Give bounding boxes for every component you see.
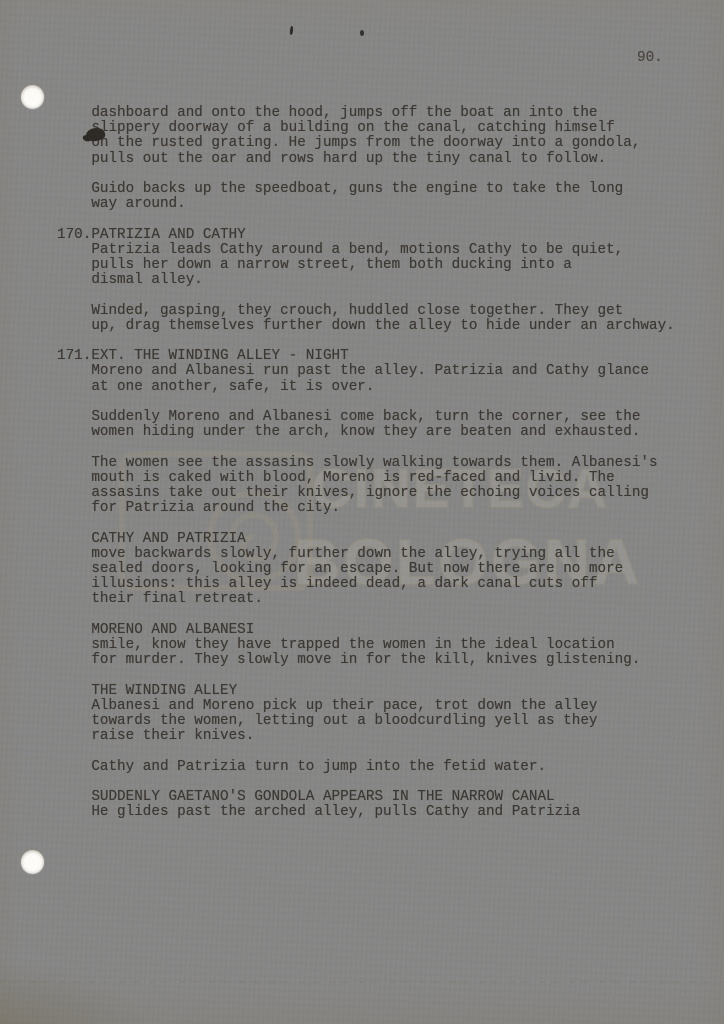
script-line: sealed doors, looking for an escape. But… xyxy=(57,562,717,577)
script-line: mouth is caked with blood, Moreno is red… xyxy=(57,471,717,486)
script-block-action: The women see the assasins slowly walkin… xyxy=(57,456,717,517)
script-line: pulls her down a narrow street, them bot… xyxy=(57,258,717,273)
script-block-slug: MORENO AND ALBANESI smile, know they hav… xyxy=(57,623,717,669)
script-block-slug: CATHY AND PATRIZIA move backwards slowly… xyxy=(57,532,717,608)
script-line: towards the women, letting out a bloodcu… xyxy=(57,714,717,729)
script-line: assasins take out their knives, ignore t… xyxy=(57,486,717,501)
typescript: dashboard and onto the hood, jumps off t… xyxy=(57,106,717,836)
stray-ink-mark xyxy=(290,26,294,35)
script-line: Albanesi and Moreno pick up their pace, … xyxy=(57,699,717,714)
corner-curl-shadow xyxy=(0,960,150,1024)
script-line: The women see the assasins slowly walkin… xyxy=(57,456,717,471)
script-line: women hiding under the arch, know they a… xyxy=(57,425,717,440)
script-line: He glides past the arched alley, pulls C… xyxy=(57,805,717,820)
script-block-slug: SUDDENLY GAETANO'S GONDOLA APPEARS IN TH… xyxy=(57,790,717,820)
script-block-scene: 171.EXT. THE WINDING ALLEY - NIGHT Moren… xyxy=(57,349,717,395)
script-line: SUDDENLY GAETANO'S GONDOLA APPEARS IN TH… xyxy=(57,790,717,805)
script-line: Guido backs up the speedboat, guns the e… xyxy=(57,182,717,197)
crease-line xyxy=(0,981,724,983)
script-line: CATHY AND PATRIZIA xyxy=(57,532,717,547)
script-line: MORENO AND ALBANESI xyxy=(57,623,717,638)
punch-hole-bottom xyxy=(21,850,44,873)
script-line: for murder. They slowly move in for the … xyxy=(57,653,717,668)
punch-hole-top xyxy=(21,85,44,108)
script-line: smile, know they have trapped the women … xyxy=(57,638,717,653)
script-line: raise their knives. xyxy=(57,729,717,744)
scanned-script-page: CINETECA BOLOGNA 90. dashboard and onto … xyxy=(0,0,724,1024)
script-block-scene: 170.PATRIZIA AND CATHY Patrizia leads Ca… xyxy=(57,228,717,289)
script-line: Winded, gasping, they crouch, huddled cl… xyxy=(57,304,717,319)
script-line: up, drag themselves further down the all… xyxy=(57,319,717,334)
script-line: their final retreat. xyxy=(57,592,717,607)
script-line: dismal alley. xyxy=(57,273,717,288)
script-block-action: Suddenly Moreno and Albanesi come back, … xyxy=(57,410,717,440)
script-block-action: dashboard and onto the hood, jumps off t… xyxy=(57,106,717,167)
script-line: move backwards slowly, further down the … xyxy=(57,547,717,562)
script-line: THE WINDING ALLEY xyxy=(57,684,717,699)
script-line: at one another, safe, it is over. xyxy=(57,380,717,395)
script-line: Patrizia leads Cathy around a bend, moti… xyxy=(57,243,717,258)
script-line: Cathy and Patrizia turn to jump into the… xyxy=(57,760,717,775)
script-line: pulls out the oar and rows hard up the t… xyxy=(57,152,717,167)
script-line: Suddenly Moreno and Albanesi come back, … xyxy=(57,410,717,425)
script-line: dashboard and onto the hood, jumps off t… xyxy=(57,106,717,121)
script-block-slug: THE WINDING ALLEY Albanesi and Moreno pi… xyxy=(57,684,717,745)
script-block-action: Cathy and Patrizia turn to jump into the… xyxy=(57,760,717,775)
script-line: for Patrizia around the city. xyxy=(57,501,717,516)
script-block-action: Winded, gasping, they crouch, huddled cl… xyxy=(57,304,717,334)
script-line: Moreno and Albanesi run past the alley. … xyxy=(57,364,717,379)
script-line: 170.PATRIZIA AND CATHY xyxy=(57,228,717,243)
script-block-action: Guido backs up the speedboat, guns the e… xyxy=(57,182,717,212)
page-number: 90. xyxy=(637,50,663,66)
stray-ink-dot xyxy=(360,30,364,36)
script-line: on the rusted grating. He jumps from the… xyxy=(57,136,717,151)
script-line: way around. xyxy=(57,197,717,212)
